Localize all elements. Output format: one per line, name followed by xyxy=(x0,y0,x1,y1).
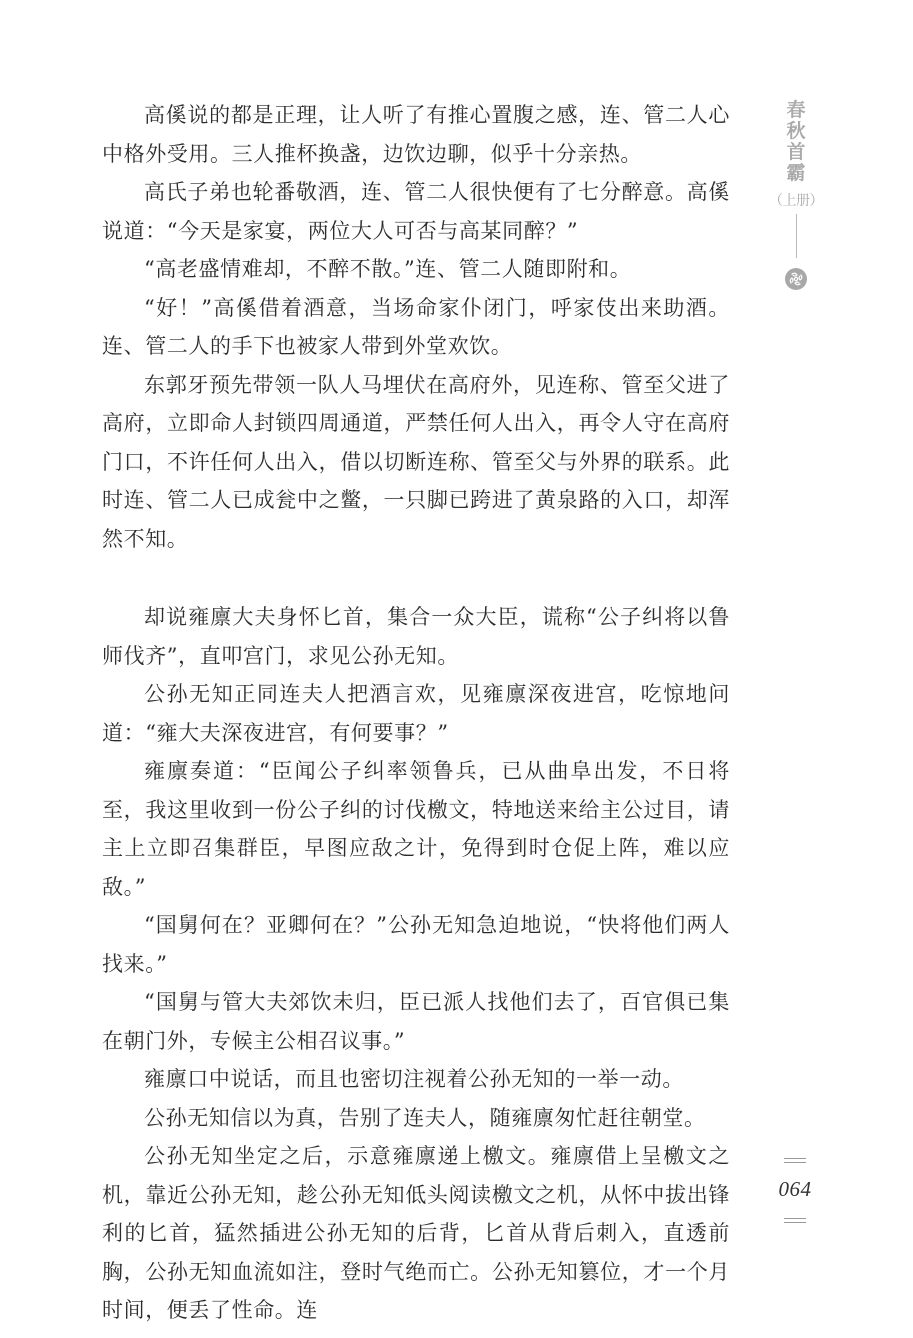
book-title-char: 霸 xyxy=(786,163,805,184)
paragraph: 东郭牙预先带领一队人马埋伏在高府外，见连称、管至父进了高府，立即命人封锁四周通道… xyxy=(102,366,730,559)
book-page: 高傒说的都是正理，让人听了有推心置腹之感，连、管二人心中格外受用。三人推杯换盏，… xyxy=(0,0,913,1338)
paragraph: “国舅何在？亚卿何在？”公孙无知急迫地说，“快将他们两人找来。” xyxy=(102,906,730,983)
page-folio: 064 xyxy=(775,1158,815,1223)
paragraph: 高氏子弟也轮番敬酒，连、管二人很快便有了七分醉意。高傒说道：“今天是家宴，两位大… xyxy=(102,173,730,250)
running-header-sidebar: 春 秋 首 霸 （上册） xyxy=(768,100,824,290)
paragraph: 却说雍廪大夫身怀匕首，集合一众大臣，谎称“公子纠将以鲁师伐齐”，直叩宫门，求见公… xyxy=(102,598,730,675)
volume-label: （上册） xyxy=(769,190,823,210)
book-title-char: 首 xyxy=(786,142,805,163)
page-number: 064 xyxy=(779,1177,812,1202)
paragraph: “国舅与管大夫郊饮未归，臣已派人找他们去了，百官俱已集在朝门外，专候主公相召议事… xyxy=(102,983,730,1060)
paragraph: 公孙无知信以为真，告别了连夫人，随雍廪匆忙赶往朝堂。 xyxy=(102,1099,730,1138)
paragraph: 雍廪奏道：“臣闻公子纠率领鲁兵，已从曲阜出发，不日将至，我这里收到一份公子纠的讨… xyxy=(102,752,730,906)
book-title-char: 秋 xyxy=(786,121,805,142)
body-text: 高傒说的都是正理，让人听了有推心置腹之感，连、管二人心中格外受用。三人推杯换盏，… xyxy=(102,96,730,1330)
swirl-medallion-icon xyxy=(785,268,807,290)
paragraph: “高老盛情难却，不醉不散。”连、管二人随即附和。 xyxy=(102,250,730,289)
paragraph: “好！”高傒借着酒意，当场命家仆闭门，呼家伎出来助酒。连、管二人的手下也被家人带… xyxy=(102,289,730,366)
folio-rule-top xyxy=(784,1158,806,1163)
vertical-divider xyxy=(796,214,797,258)
book-title: 春 秋 首 霸 xyxy=(786,100,805,184)
book-title-char: 春 xyxy=(786,100,805,121)
folio-rule-bottom xyxy=(784,1218,806,1223)
paragraph: 高傒说的都是正理，让人听了有推心置腹之感，连、管二人心中格外受用。三人推杯换盏，… xyxy=(102,96,730,173)
paragraph: 雍廪口中说话，而且也密切注视着公孙无知的一举一动。 xyxy=(102,1060,730,1099)
section-break xyxy=(102,558,730,598)
paragraph: 公孙无知正同连夫人把酒言欢，见雍廪深夜进宫，吃惊地问道：“雍大夫深夜进宫，有何要… xyxy=(102,675,730,752)
paragraph: 公孙无知坐定之后，示意雍廪递上檄文。雍廪借上呈檄文之机，靠近公孙无知，趁公孙无知… xyxy=(102,1137,730,1330)
